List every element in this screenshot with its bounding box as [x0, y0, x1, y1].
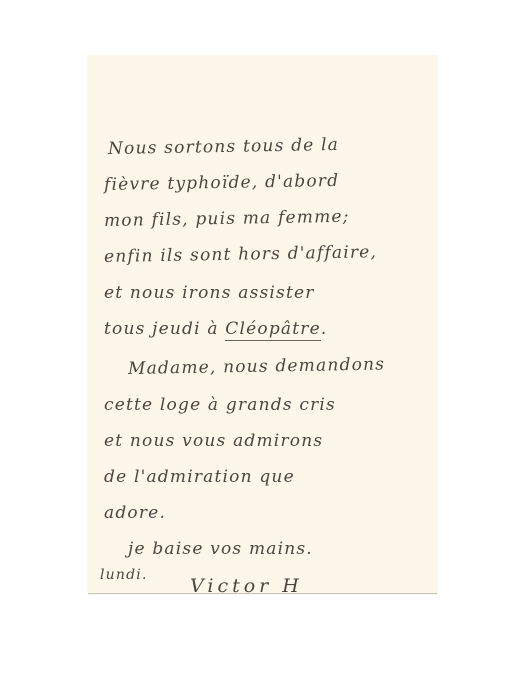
letter-line-6-text: tous jeudi à Cléopâtre. — [104, 319, 327, 341]
letter-line-2: fièvre typhoïde, d'abord — [104, 171, 340, 195]
letter-line-4: enfin ils sont hors d'affaire, — [104, 242, 377, 267]
letter-page: Nous sortons tous de la fièvre typhoïde,… — [88, 55, 437, 593]
letter-line-10: de l'admiration que — [104, 467, 295, 487]
letter-line-8: cette loge à grands cris — [104, 395, 336, 415]
letter-line-9: et nous vous admirons — [104, 431, 323, 451]
letter-line-7: Madame, nous demandons — [128, 355, 385, 379]
letter-line-1: Nous sortons tous de la — [108, 135, 339, 159]
dateline: lundi. — [100, 567, 148, 583]
letter-line-3: mon fils, puis ma femme; — [104, 207, 350, 231]
signature: Victor H — [190, 575, 303, 597]
letter-line-6: tous jeudi à Cléopâtre. — [104, 319, 327, 339]
letter-line-11: adore. — [104, 503, 166, 523]
letter-line-5: et nous irons assister — [104, 283, 315, 303]
underlined-title: Cléopâtre — [225, 319, 321, 341]
letter-line-12: je baise vos mains. — [128, 539, 313, 559]
